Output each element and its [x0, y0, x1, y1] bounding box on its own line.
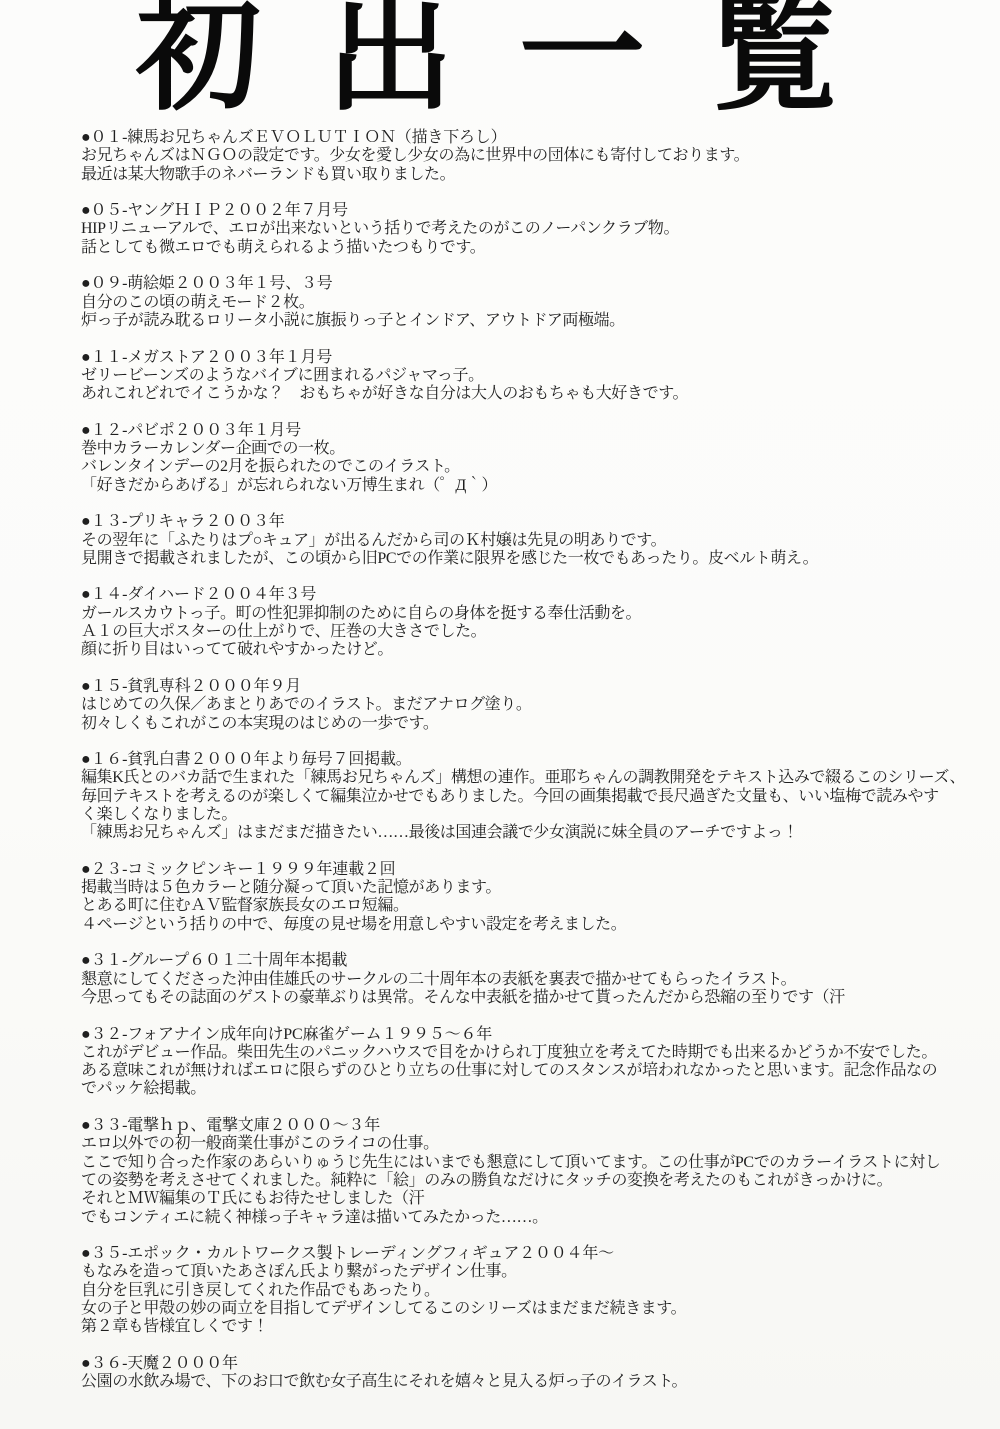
- publication-entry: ●１１-メガストア２００３年１月号 ゼリービーンズのようなバイブに囲まれるパジャ…: [81, 349, 991, 404]
- entry-heading: ●１１-メガストア２００３年１月号: [81, 349, 991, 367]
- entry-body-line: はじめての久保／あまとりあでのイラスト。まだアナログ塗り。: [81, 696, 991, 714]
- scanned-document-page: 初出一覧 ●０１-練馬お兄ちゃんズＥＶＯＬＵＴＩＯＮ（描き下ろし） お兄ちゃんズ…: [0, 0, 1000, 1429]
- entry-body-line: ４ページという括りの中で、毎度の見せ場を用意しやすい設定を考えました。: [81, 916, 991, 934]
- entry-body-line: あれこれどれでイこうかな？ おもちゃが好きな自分は大人のおもちゃも大好きです。: [81, 385, 991, 403]
- publication-entry: ●１４-ダイハード２００４年３号 ガールスカウトっ子。町の性犯罪抑制のために自ら…: [81, 586, 991, 659]
- entry-body-line: 顔に折り目はいってて破れやすかったけど。: [81, 641, 991, 659]
- publication-entry: ●３６-天魔２０００年 公園の水飲み場で、下のお口で飲む女子高生にそれを嬉々と見…: [81, 1355, 991, 1392]
- entry-heading: ●３２-フォアナイン成年向けPC麻雀ゲーム１９９５～６年: [81, 1026, 991, 1044]
- publication-entry: ●０９-萌絵姫２００３年１号、３号 自分のこの頃の萌えモード２枚。炉っ子が読み耽…: [81, 275, 991, 330]
- entry-heading: ●０１-練馬お兄ちゃんズＥＶＯＬＵＴＩＯＮ（描き下ろし）: [81, 129, 991, 147]
- page-title: 初出一覧: [135, 0, 903, 124]
- publication-entry: ●２３-コミックピンキー１９９９年連載２回 掲載当時は５色カラーと随分凝って頂い…: [81, 861, 991, 934]
- publication-entry: ●１２-パビポ２００３年１月号 巻中カラーカレンダー企画での一枚。バレンタインデ…: [81, 422, 991, 495]
- entry-body-line: ある意味これが無ければエロに限らずのひとり立ちの仕事に対してのスタンスが培われな…: [81, 1062, 991, 1080]
- publication-entry: ●３１-グループ６０１二十周年本掲載 懇意にしてくださった沖由佳雄氏のサークルの…: [81, 952, 991, 1007]
- entry-body-line: 公園の水飲み場で、下のお口で飲む女子高生にそれを嬉々と見入る炉っ子のイラスト。: [81, 1373, 991, 1391]
- entry-heading: ●１２-パビポ２００３年１月号: [81, 422, 991, 440]
- entry-body-line: 懇意にしてくださった沖由佳雄氏のサークルの二十周年本の表紙を裏表で描かせてもらっ…: [81, 971, 991, 989]
- publication-entry: ●３３-電撃ｈｐ、電撃文庫２０００～３年 エロ以外での初一般商業仕事がこのライコ…: [81, 1117, 991, 1227]
- entry-body-line: ガールスカウトっ子。町の性犯罪抑制のために自らの身体を挺する奉仕活動を。: [81, 605, 991, 623]
- entry-body-line: 自分を巨乳に引き戻してくれた作品でもあったり。: [81, 1282, 991, 1300]
- entry-body-line: エロ以外での初一般商業仕事がこのライコの仕事。: [81, 1135, 991, 1153]
- publication-entry: ●０１-練馬お兄ちゃんズＥＶＯＬＵＴＩＯＮ（描き下ろし） お兄ちゃんズはＮＧＯの…: [81, 129, 991, 184]
- publication-entry: ●３２-フォアナイン成年向けPC麻雀ゲーム１９９５～６年 これがデビュー作品。柴…: [81, 1026, 991, 1099]
- entry-heading: ●０５-ヤングＨＩＰ２００２年７月号: [81, 202, 991, 220]
- entry-heading: ●１６-貧乳白書２０００年より毎号７回掲載。: [81, 751, 991, 769]
- entry-body-line: その翌年に「ふたりはプ○キュア」が出るんだから司のＫ村嬢は先見の明ありです。: [81, 532, 991, 550]
- entry-body-line: 編集K氏とのバカ話で生まれた「練馬お兄ちゃんズ」構想の連作。亜耶ちゃんの調教開発…: [81, 769, 991, 787]
- entry-body-line: それとＭＷ編集のＴ氏にもお待たせしました（汗: [81, 1190, 991, 1208]
- entry-heading: ●１５-貧乳専科２０００年９月: [81, 678, 991, 696]
- entry-body-line: 最近は某大物歌手のネバーランドも買い取りました。: [81, 166, 991, 184]
- entry-body-line: く楽しくなりました。: [81, 806, 991, 824]
- entry-body-line: もなみを造って頂いたあさぽん氏より繋がったデザイン仕事。: [81, 1263, 991, 1281]
- entry-body-line: でもコンティエに続く神様っ子キャラ達は描いてみたかった……。: [81, 1209, 991, 1227]
- entry-body-line: 「練馬お兄ちゃんズ」はまだまだ描きたい……最後は国連会議で少女演説に妹全員のアー…: [81, 824, 991, 842]
- publication-entry: ●１６-貧乳白書２０００年より毎号７回掲載。 編集K氏とのバカ話で生まれた「練馬…: [81, 751, 991, 842]
- entry-body-line: ゼリービーンズのようなバイブに囲まれるパジャマっ子。: [81, 367, 991, 385]
- entry-body-line: 第２章も皆様宜しくです！: [81, 1318, 991, 1336]
- entry-body-line: Ａ１の巨大ポスターの仕上がりで、圧巻の大きさでした。: [81, 623, 991, 641]
- entry-body-line: お兄ちゃんズはＮＧＯの設定です。少女を愛し少女の為に世界中の団体にも寄付しており…: [81, 147, 991, 165]
- entry-body-line: 自分のこの頃の萌えモード２枚。: [81, 294, 991, 312]
- entry-body-line: とある町に住むＡＶ監督家族長女のエロ短編。: [81, 897, 991, 915]
- entry-body-line: 巻中カラーカレンダー企画での一枚。: [81, 440, 991, 458]
- entry-body-line: 女の子と甲殻の妙の両立を目指してデザインしてるこのシリーズはまだまだ続きます。: [81, 1300, 991, 1318]
- entry-body-line: ここで知り合った作家のあらいりゅうじ先生にはいまでも懇意にして頂いてます。この仕…: [81, 1154, 991, 1172]
- publication-entry: ●３５-エポック・カルトワークス製トレーディングフィギュア２００４年～ もなみを…: [81, 1245, 991, 1336]
- entry-body-line: HIPリニューアルで、エロが出来ないという括りで考えたのがこのノーパンクラブ物。: [81, 220, 991, 238]
- entry-heading: ●０９-萌絵姫２００３年１号、３号: [81, 275, 991, 293]
- entry-body-line: 炉っ子が読み耽るロリータ小説に旗振りっ子とインドア、アウトドア両極端。: [81, 312, 991, 330]
- entry-body-line: 見開きで掲載されましたが、この頃から旧PCでの作業に限界を感じた一枚でもあったり…: [81, 550, 991, 568]
- entry-body-line: 「好きだからあげる」が忘れられない万博生まれ（゜Д｀）: [81, 477, 991, 495]
- publication-entry: ●１３-プリキャラ２００３年 その翌年に「ふたりはプ○キュア」が出るんだから司の…: [81, 513, 991, 568]
- entry-body-line: 話としても微エロでも萌えられるよう描いたつもりです。: [81, 239, 991, 257]
- entry-heading: ●３３-電撃ｈｐ、電撃文庫２０００～３年: [81, 1117, 991, 1135]
- entry-heading: ●３１-グループ６０１二十周年本掲載: [81, 952, 991, 970]
- entry-heading: ●３６-天魔２０００年: [81, 1355, 991, 1373]
- entry-body-line: バレンタインデーの2月を振られたのでこのイラスト。: [81, 458, 991, 476]
- publication-entry-list: ●０１-練馬お兄ちゃんズＥＶＯＬＵＴＩＯＮ（描き下ろし） お兄ちゃんズはＮＧＯの…: [81, 129, 991, 1410]
- entry-body-line: これがデビュー作品。柴田先生のパニックハウスで目をかけられ丁度独立を考えてた時期…: [81, 1044, 991, 1062]
- entry-body-line: 掲載当時は５色カラーと随分凝って頂いた記憶があります。: [81, 879, 991, 897]
- entry-body-line: 今思ってもその誌面のゲストの豪華ぶりは異常。そんな中表紙を描かせて貰ったんだから…: [81, 989, 991, 1007]
- entry-body-line: ての姿勢を考えさせてくれました。純粋に「絵」のみの勝負なだけにタッチの変換を考え…: [81, 1172, 991, 1190]
- entry-body-line: 毎回テキストを考えるのが楽しくて編集泣かせでもありました。今回の画集掲載で長尺過…: [81, 788, 991, 806]
- entry-body-line: 初々しくもこれがこの本実現のはじめの一歩です。: [81, 715, 991, 733]
- entry-heading: ●３５-エポック・カルトワークス製トレーディングフィギュア２００４年～: [81, 1245, 991, 1263]
- entry-heading: ●１３-プリキャラ２００３年: [81, 513, 991, 531]
- entry-heading: ●１４-ダイハード２００４年３号: [81, 586, 991, 604]
- entry-heading: ●２３-コミックピンキー１９９９年連載２回: [81, 861, 991, 879]
- publication-entry: ●１５-貧乳専科２０００年９月 はじめての久保／あまとりあでのイラスト。まだアナ…: [81, 678, 991, 733]
- entry-body-line: でパッケ絵掲載。: [81, 1080, 991, 1098]
- publication-entry: ●０５-ヤングＨＩＰ２００２年７月号 HIPリニューアルで、エロが出来ないという…: [81, 202, 991, 257]
